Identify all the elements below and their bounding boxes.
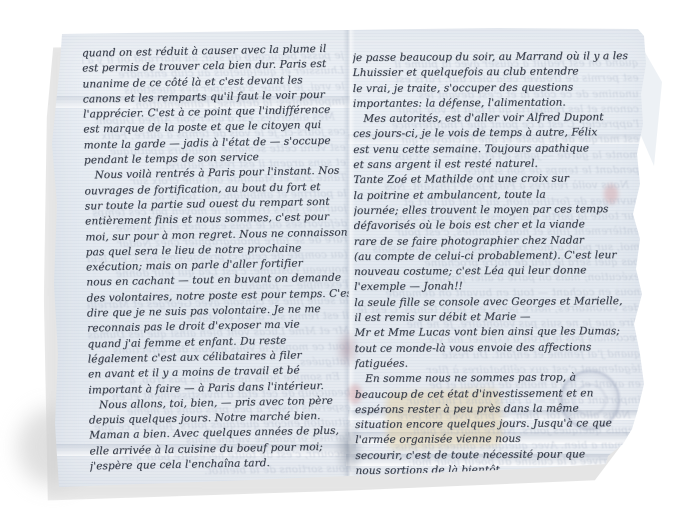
handwritten-line: journée; elles trouvent le moyen par ces… [354, 202, 640, 219]
left-page: je passe beaucoup du soir, au Marrand où… [82, 42, 352, 491]
handwritten-line: situation encore quelques jours. Jusqu'à… [355, 416, 641, 433]
photo-background: je passe beaucoup du soir, au Marrand où… [0, 0, 700, 532]
right-page: quand on est réduit à causer avec la plu… [352, 49, 641, 483]
handwritten-line: Mr et Mme Lucas vont bien ainsi que les … [354, 324, 640, 341]
right-page-text: je passe beaucoup du soir, au Marrand où… [352, 49, 641, 483]
handwritten-line: la seule fille se console avec Georges e… [354, 294, 640, 311]
left-page-text: quand on est réduit à causer avec la plu… [82, 42, 352, 491]
letter-sheet: je passe beaucoup du soir, au Marrand où… [48, 24, 664, 492]
handwritten-line: ces jours-ci, je le vois de temps à autr… [353, 125, 639, 142]
handwritten-line: je passe beaucoup du soir, au Marrand où… [352, 49, 638, 66]
handwritten-line: (au compte de celui-ci probablement). C'… [354, 248, 640, 265]
